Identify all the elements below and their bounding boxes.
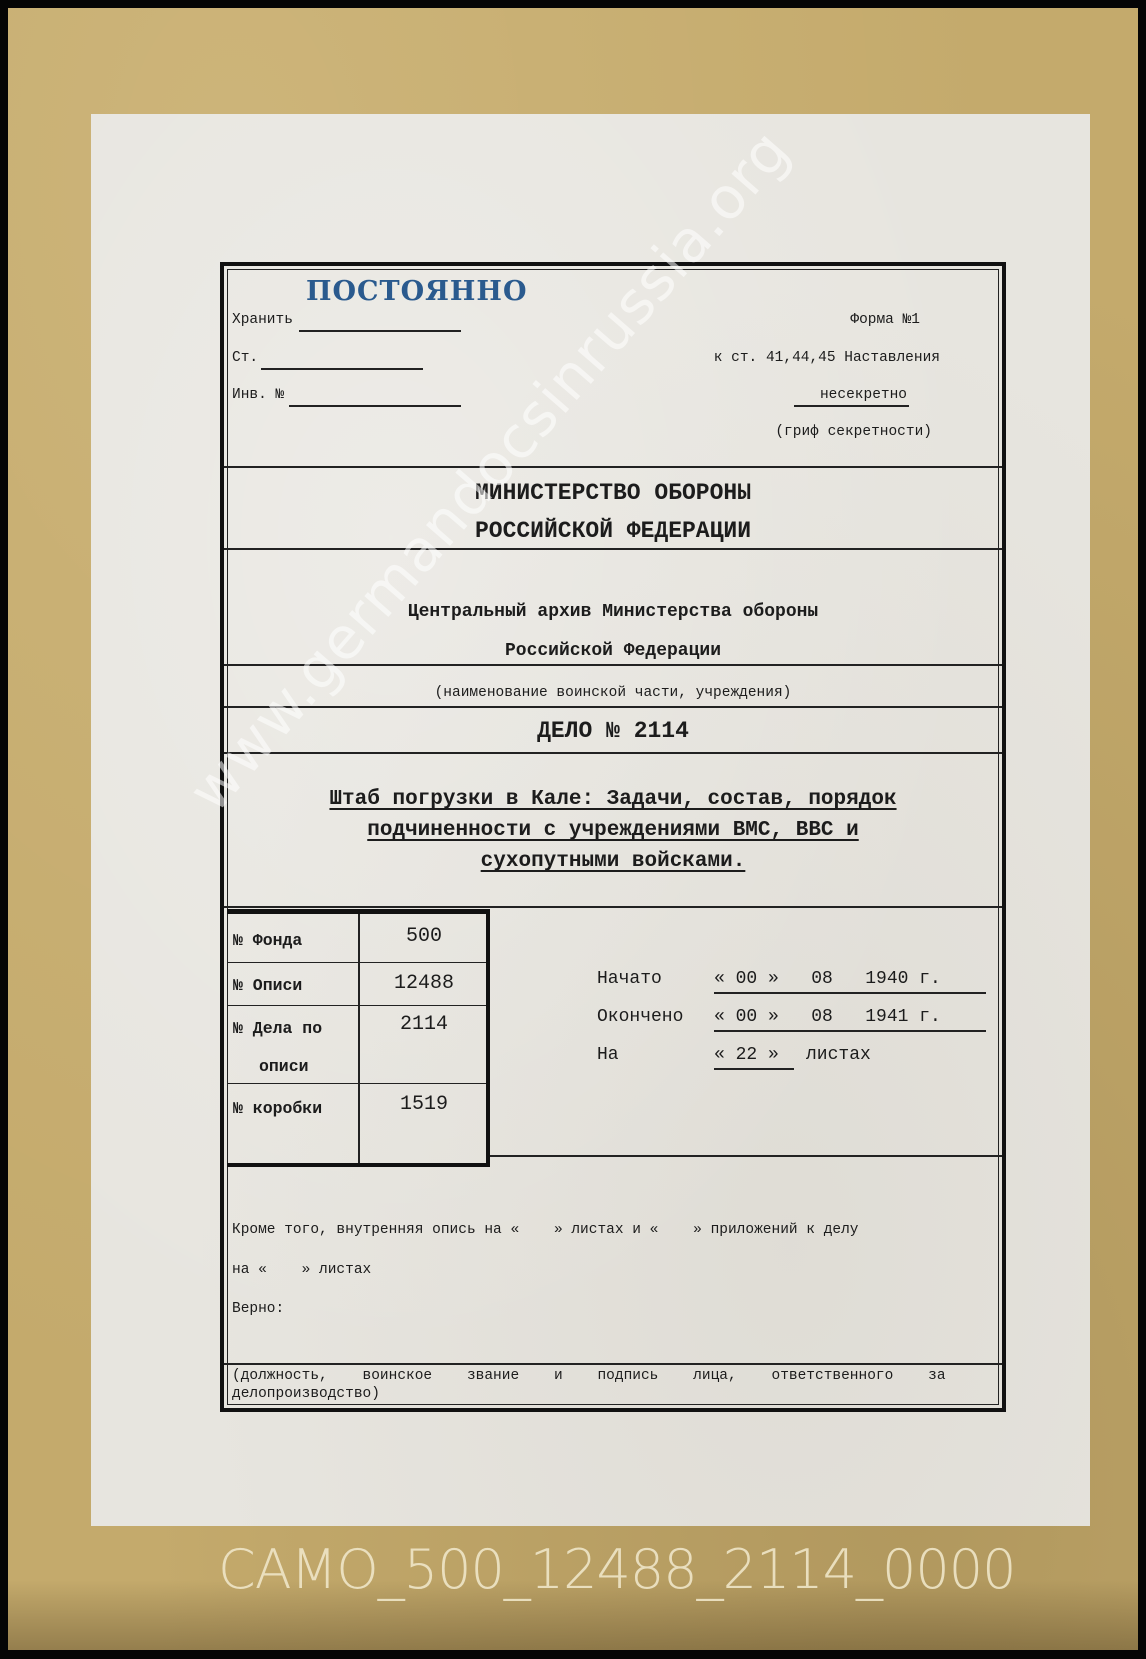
started-value: « 00 » 08 1940 г.	[714, 969, 941, 989]
divider	[490, 1155, 1002, 1157]
signature-caption-line-2: делопроизводство)	[232, 1386, 380, 1402]
box-value: 1519	[358, 1093, 490, 1116]
divider	[224, 706, 1002, 708]
keep-label: Хранить	[232, 312, 293, 328]
case-title: ДЕЛО № 2114	[224, 718, 1002, 744]
inv-field-line	[289, 405, 461, 407]
classification-line	[794, 405, 909, 407]
archive-ids-table: № Фонда 500 № Описи 12488 № Дела по опис…	[227, 909, 490, 1167]
st-field-line	[261, 368, 423, 370]
unit-name-caption: (наименование воинской части, учреждения…	[224, 685, 1002, 701]
form-frame: ПОСТОЯННО Хранить Ст. Инв. № Форма №1 к …	[220, 262, 1006, 1412]
divider	[224, 906, 1002, 908]
ended-value: « 00 » 08 1941 г.	[714, 1007, 941, 1027]
sheets-line-text: на « » листах	[232, 1262, 371, 1278]
case-subject-line-1: Штаб погрузки в Кале: Задачи, состав, по…	[224, 788, 1002, 811]
permanent-stamp: ПОСТОЯННО	[306, 276, 527, 307]
certified-label: Верно:	[232, 1301, 284, 1317]
ended-line	[714, 1030, 986, 1032]
table-row: № Дела по описи 2114	[227, 1005, 486, 1084]
opis-value: 12488	[358, 972, 490, 995]
started-line	[714, 992, 986, 994]
delo-label-line-2: описи	[259, 1057, 309, 1076]
table-row: № коробки 1519	[227, 1083, 486, 1165]
divider	[224, 466, 1002, 468]
signature-caption-line-1: (должность, воинское звание и подпись ли…	[232, 1368, 946, 1384]
case-subject-line-3: сухопутными войсками.	[224, 850, 1002, 873]
fond-label: № Фонда	[233, 931, 302, 950]
regulation-reference: к ст. 41,44,45 Наставления	[714, 350, 940, 366]
ministry-line-2: РОССИЙСКОЙ ФЕДЕРАЦИИ	[224, 518, 1002, 544]
sheets-value: « 22 »	[714, 1045, 779, 1065]
divider	[224, 752, 1002, 754]
classification-caption: (гриф секретности)	[775, 424, 932, 440]
table-row: № Фонда 500	[227, 914, 486, 963]
ministry-line-1: МИНИСТЕРСТВО ОБОРОНЫ	[224, 480, 1002, 506]
inv-label: Инв. №	[232, 387, 284, 403]
file-label: CAMO_500_12488_2114_0000	[218, 1538, 1015, 1601]
delo-label: № Дела по	[233, 1019, 322, 1038]
sheets-label: На	[597, 1045, 619, 1065]
box-label: № коробки	[233, 1099, 322, 1118]
divider	[224, 1363, 1002, 1365]
fond-value: 500	[358, 925, 490, 948]
opis-label: № Описи	[233, 976, 302, 995]
form-number: Форма №1	[850, 312, 920, 328]
divider	[224, 548, 1002, 550]
archive-name-line-2: Российской Федерации	[224, 641, 1002, 661]
divider	[224, 664, 1002, 666]
archive-name-line-1: Центральный архив Министерства обороны	[224, 602, 1002, 622]
sheets-line	[714, 1068, 794, 1070]
inventory-line: Кроме того, внутренняя опись на « » лист…	[232, 1222, 859, 1238]
classification-value: несекретно	[820, 387, 907, 403]
ended-label: Окончено	[597, 1007, 683, 1027]
case-subject-line-2: подчиненности с учреждениями ВМС, ВВС и	[224, 819, 1002, 842]
sheets-suffix: листах	[806, 1045, 871, 1065]
table-row: № Описи 12488	[227, 962, 486, 1006]
started-label: Начато	[597, 969, 662, 989]
keep-field-line	[299, 330, 461, 332]
delo-value: 2114	[358, 1013, 490, 1036]
st-label: Ст.	[232, 350, 258, 366]
